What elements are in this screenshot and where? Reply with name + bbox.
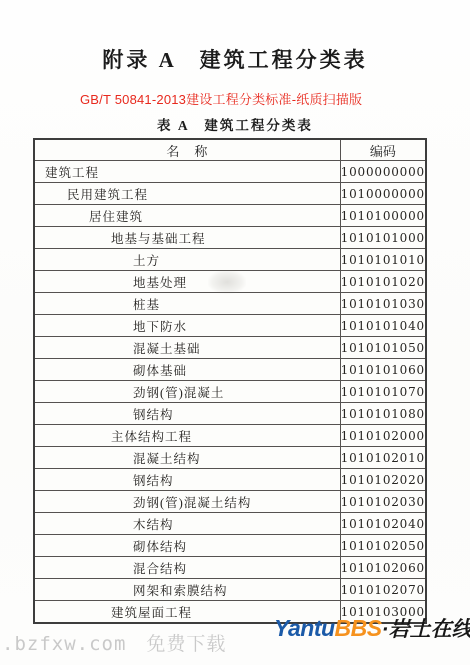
- row-code: 1010102050: [340, 535, 426, 557]
- row-code: 1010102070: [340, 579, 426, 601]
- row-code: 1010100000: [340, 205, 426, 227]
- column-header-code: 编码: [340, 139, 426, 161]
- table-row: 桩基1010101030: [34, 293, 426, 315]
- scanned-document-page: 附录 A 建筑工程分类表 GB/T 50841-2013建设工程分类标准-纸质扫…: [0, 0, 470, 665]
- row-name: 劲钢(管)混凝土结构: [34, 491, 340, 513]
- row-code: 1010101080: [340, 403, 426, 425]
- row-name: 民用建筑工程: [34, 183, 340, 205]
- row-code: 1010101060: [340, 359, 426, 381]
- row-name: 居住建筑: [34, 205, 340, 227]
- table-row: 混合结构1010102060: [34, 557, 426, 579]
- standard-id-watermark: GB/T 50841-2013建设工程分类标准-纸质扫描版: [80, 89, 362, 108]
- row-code: 1010102000: [340, 425, 426, 447]
- row-name: 混合结构: [34, 557, 340, 579]
- table-row: 钢结构1010102020: [34, 469, 426, 491]
- table-row: 混凝土基础1010101050: [34, 337, 426, 359]
- table-row: 建筑工程1000000000: [34, 161, 426, 183]
- row-name: 木结构: [34, 513, 340, 535]
- row-code: 1010101040: [340, 315, 426, 337]
- row-name: 桩基: [34, 293, 340, 315]
- column-header-name: 名 称: [34, 139, 340, 161]
- table-row: 地基与基础工程1010101000: [34, 227, 426, 249]
- row-code: 1010102060: [340, 557, 426, 579]
- table-row: 地下防水1010101040: [34, 315, 426, 337]
- table-row: 地基处理1010101020: [34, 271, 426, 293]
- table-row: 网架和索膜结构1010102070: [34, 579, 426, 601]
- row-code: 1010101010: [340, 249, 426, 271]
- table-row: 主体结构工程1010102000: [34, 425, 426, 447]
- table-caption: 表 A 建筑工程分类表: [0, 114, 470, 134]
- row-name: 劲钢(管)混凝土: [34, 381, 340, 403]
- download-site-watermark: .bzfxw.com 免费下载: [2, 629, 226, 656]
- table-row: 土方1010101010: [34, 249, 426, 271]
- yantubbs-logo: YantuBBS·岩土在线: [274, 613, 470, 643]
- row-name: 钢结构: [34, 403, 340, 425]
- table-row: 砌体结构1010102050: [34, 535, 426, 557]
- row-name: 主体结构工程: [34, 425, 340, 447]
- row-code: 1000000000: [340, 161, 426, 183]
- table-body: 建筑工程1000000000民用建筑工程1010000000居住建筑101010…: [34, 161, 426, 624]
- row-code: 1010101050: [340, 337, 426, 359]
- logo-text-yantu-online: ·岩土在线: [382, 618, 470, 641]
- row-name: 地下防水: [34, 315, 340, 337]
- row-code: 1010000000: [340, 183, 426, 205]
- row-name: 钢结构: [34, 469, 340, 491]
- table-row: 砌体基础1010101060: [34, 359, 426, 381]
- row-code: 1010101070: [340, 381, 426, 403]
- logo-text-bbs: BBS: [335, 615, 382, 641]
- row-code: 1010101020: [340, 271, 426, 293]
- page-title: 附录 A 建筑工程分类表: [0, 44, 470, 74]
- row-code: 1010101000: [340, 227, 426, 249]
- row-name: 砌体基础: [34, 359, 340, 381]
- row-name: 混凝土基础: [34, 337, 340, 359]
- row-name: 建筑工程: [34, 161, 340, 183]
- table-row: 劲钢(管)混凝土1010101070: [34, 381, 426, 403]
- table-row: 混凝土结构1010102010: [34, 447, 426, 469]
- row-name: 砌体结构: [34, 535, 340, 557]
- table-row: 劲钢(管)混凝土结构1010102030: [34, 491, 426, 513]
- row-name: 地基与基础工程: [34, 227, 340, 249]
- row-code: 1010102030: [340, 491, 426, 513]
- row-name: 网架和索膜结构: [34, 579, 340, 601]
- row-name: 土方: [34, 249, 340, 271]
- logo-text-yantu: Yantu: [274, 615, 335, 641]
- row-code: 1010102010: [340, 447, 426, 469]
- row-code: 1010102040: [340, 513, 426, 535]
- row-name: 地基处理: [34, 271, 340, 293]
- row-name: 混凝土结构: [34, 447, 340, 469]
- row-code: 1010102020: [340, 469, 426, 491]
- table-row: 钢结构1010101080: [34, 403, 426, 425]
- table-header: 名 称 编码: [34, 139, 426, 161]
- classification-table: 名 称 编码 建筑工程1000000000民用建筑工程1010000000居住建…: [33, 138, 427, 624]
- table-row: 民用建筑工程1010000000: [34, 183, 426, 205]
- table-row: 木结构1010102040: [34, 513, 426, 535]
- header-row: 名 称 编码: [34, 139, 426, 161]
- row-code: 1010101030: [340, 293, 426, 315]
- table-row: 居住建筑1010100000: [34, 205, 426, 227]
